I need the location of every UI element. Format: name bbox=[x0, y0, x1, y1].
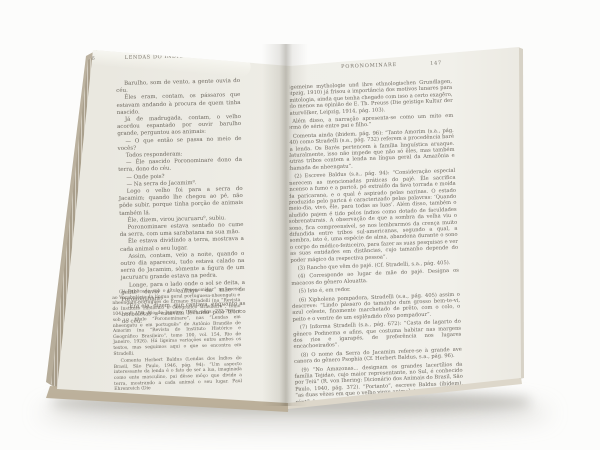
paragraph: (6) Xipholena pompadora, Stradelli (s.a.… bbox=[292, 291, 461, 323]
right-page-header: PORONOMINARE 147 bbox=[286, 60, 452, 72]
book-photo: 146 LENDAS DO ÍNDIO BRASILEIRO Barulho, … bbox=[0, 0, 600, 450]
right-page-body: allgemeine mythologie und ihre ethnologi… bbox=[284, 79, 464, 408]
right-page-number: 147 bbox=[430, 60, 442, 66]
paragraph: (1) Publicada sob o título “Poronominar”… bbox=[112, 287, 241, 357]
left-page-footnotes: (1) Publicada sob o título “Poronominar”… bbox=[112, 287, 242, 395]
paragraph: Logo o velho foi para a serra do Jacamim… bbox=[119, 186, 244, 218]
paragraph: Êles eram, contam, os pássaros que estav… bbox=[116, 92, 240, 117]
paragraph: Já de madrugada, contam, o velho acordou… bbox=[117, 114, 241, 139]
paragraph: (7) Informa Stradelli (s.a., pág. 672): … bbox=[293, 319, 462, 351]
paragraph: Comenta ainda (ibidem, pág. 96): “Tanto … bbox=[286, 128, 455, 173]
paragraph: Comenta Herbert Baldus (Lendas dos Índio… bbox=[114, 356, 243, 392]
paragraph: allgemeine mythologie und ihre ethnologi… bbox=[284, 79, 453, 117]
paragraph: (2) Escreve Baldus (s.a., pág. 94): “Con… bbox=[287, 168, 458, 264]
right-running-header: PORONOMINARE bbox=[286, 60, 452, 72]
paragraph: Assim, contam, veio a noite, quando o ou… bbox=[120, 251, 245, 283]
